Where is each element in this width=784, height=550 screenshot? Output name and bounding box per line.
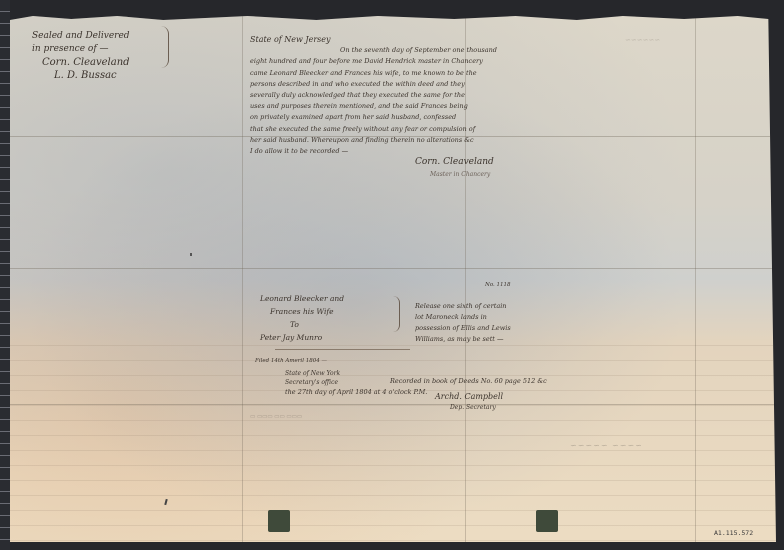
endorsement-description: Release one sixth of certain lot Maronec… [415, 301, 511, 345]
acknowledgment-line: her said husband. Whereupon and finding … [250, 135, 550, 146]
acknowledgment-line: severally duly acknowledged that they ex… [250, 90, 550, 101]
acknowledgment-line: persons described in and who executed th… [250, 79, 550, 90]
recording-office: State of New York Secretary's office [285, 369, 340, 387]
scan-ruler [0, 0, 10, 550]
recording-line: the 27th day of April 1804 at 4 o'clock … [285, 387, 547, 398]
witness-bracket [160, 26, 169, 68]
endorsement-rule [275, 349, 410, 350]
acknowledgment-line: eight hundred and four before me David H… [250, 56, 550, 67]
endorsement-line: Peter Jay Munro [260, 331, 344, 344]
document-sheet: Sealed and Delivered in presence of — Co… [10, 16, 776, 542]
ink-mark [190, 253, 192, 256]
acknowledgment-line: that she executed the same freely withou… [250, 124, 550, 135]
acknowledgment-line: On the seventh day of September one thou… [250, 45, 550, 56]
fold-line [695, 16, 696, 542]
endorsement-line: Frances his Wife [260, 305, 344, 318]
fold-line [242, 16, 243, 542]
ruled-lines [10, 331, 776, 542]
endorsement-line: Leonard Bleecker and [260, 292, 344, 305]
witness-line: Sealed and Delivered [32, 30, 130, 43]
acknowledgment-heading: State of New Jersey [250, 34, 550, 45]
endorsement-line: Williams, as may be sett — [415, 334, 511, 345]
endorsement-parties: Leonard Bleecker and Frances his Wife To… [260, 292, 344, 344]
catalog-number: A1.115.572 [714, 529, 753, 537]
endorsement-line: lot Maroneck lands in [415, 312, 511, 323]
acknowledgment-line: on privately examined apart from her sai… [250, 112, 550, 123]
bleed-through-text: ∽∽∽∽∽∽ [625, 36, 660, 44]
acknowledgment-signature-title: Master in Chancery [430, 171, 490, 178]
fold-line [10, 404, 776, 405]
witness-signature: L. D. Bussac [54, 69, 130, 82]
recording-signature: Archd. Campbell [435, 392, 503, 401]
recording-signature-title: Dep. Secretary [450, 404, 496, 411]
witness-signature: Corn. Cleaveland [42, 56, 130, 69]
recording-office-line: Secretary's office [285, 378, 340, 387]
filed-note: Filed 14th Ameril 1804 — [255, 358, 327, 364]
acknowledgment-signature: Corn. Cleaveland [415, 157, 494, 167]
endorsement-line: Release one sixth of certain [415, 301, 511, 312]
endorsement-line: To [260, 318, 344, 331]
wax-seal-right [536, 510, 558, 532]
acknowledgment-block: State of New Jersey On the seventh day o… [250, 34, 550, 157]
endorsement-bracket [393, 296, 400, 332]
endorsement-line: possession of Ellis and Lewis [415, 323, 511, 334]
acknowledgment-line: uses and purposes therein mentioned, and… [250, 101, 550, 112]
witness-block: Sealed and Delivered in presence of — Co… [32, 30, 130, 82]
witness-line: in presence of — [32, 43, 130, 56]
acknowledgment-line: came Leonard Bleecker and Frances his wi… [250, 68, 550, 79]
recording-line: Recorded in book of Deeds No. 60 page 51… [340, 376, 547, 387]
faint-stamp: ▭ ▭▭▭ ▭▭ ▭▭▭ [250, 414, 302, 420]
acknowledgment-line: I do allow it to be recorded — [250, 146, 550, 157]
fold-line [10, 268, 776, 269]
recording-office-line: State of New York [285, 369, 340, 378]
endorsement-number: No. 1118 [485, 282, 511, 288]
bleed-through-text: ∽∽∽∽∽ ∽∽∽∽ [570, 441, 643, 450]
wax-seal-left [268, 510, 290, 532]
